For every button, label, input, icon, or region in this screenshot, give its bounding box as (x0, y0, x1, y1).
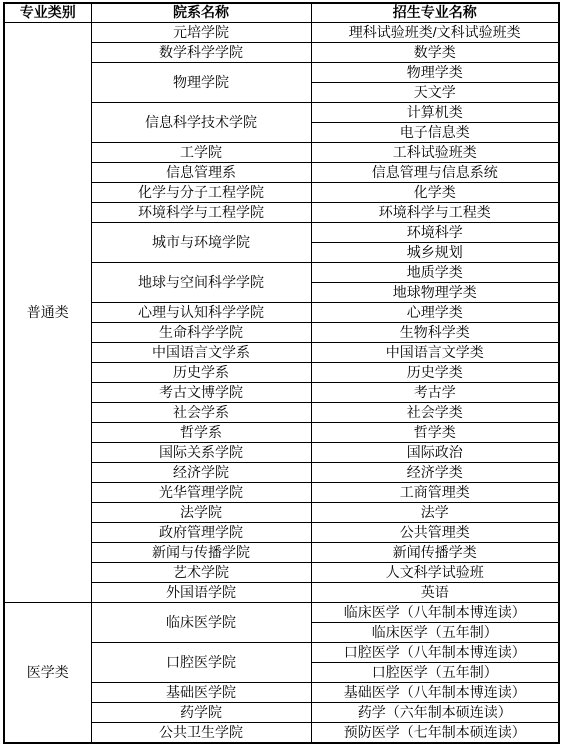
department-cell: 法学院 (91, 503, 311, 523)
major-cell: 药学（六年制本硕连读） (311, 703, 559, 723)
col-header-major: 招生专业名称 (311, 3, 559, 23)
major-cell: 天文学 (311, 83, 559, 103)
major-cell: 社会学类 (311, 403, 559, 423)
col-header-department: 院系名称 (91, 3, 311, 23)
department-cell: 历史学系 (91, 363, 311, 383)
header-row: 专业类别 院系名称 招生专业名称 (4, 3, 559, 23)
department-cell: 信息管理系 (91, 163, 311, 183)
major-cell: 环境科学与工程类 (311, 203, 559, 223)
major-cell: 环境科学 (311, 223, 559, 243)
department-cell: 数学科学学院 (91, 43, 311, 63)
major-cell: 城乡规划 (311, 243, 559, 263)
department-cell: 心理与认知科学学院 (91, 303, 311, 323)
department-cell: 环境科学与工程学院 (91, 203, 311, 223)
col-header-category: 专业类别 (4, 3, 91, 23)
department-cell: 经济学院 (91, 463, 311, 483)
department-cell: 社会学系 (91, 403, 311, 423)
major-cell: 哲学类 (311, 423, 559, 443)
major-cell: 口腔医学（八年制本博连读） (311, 643, 559, 663)
department-cell: 药学院 (91, 703, 311, 723)
major-cell: 法学 (311, 503, 559, 523)
department-cell: 政府管理学院 (91, 523, 311, 543)
department-cell: 口腔医学院 (91, 643, 311, 683)
admissions-table: 专业类别 院系名称 招生专业名称 普通类元培学院理科试验班类/文科试验班类数学科… (3, 2, 560, 744)
major-cell: 电子信息类 (311, 123, 559, 143)
department-cell: 工学院 (91, 143, 311, 163)
department-cell: 临床医学院 (91, 603, 311, 643)
major-cell: 基础医学（八年制本博连读） (311, 683, 559, 703)
category-cell: 普通类 (4, 23, 91, 603)
major-cell: 生物科学类 (311, 323, 559, 343)
table-row: 普通类元培学院理科试验班类/文科试验班类 (4, 23, 559, 43)
department-cell: 基础医学院 (91, 683, 311, 703)
department-cell: 国际关系学院 (91, 443, 311, 463)
major-cell: 心理学类 (311, 303, 559, 323)
major-cell: 中国语言文学类 (311, 343, 559, 363)
department-cell: 生命科学学院 (91, 323, 311, 343)
department-cell: 地球与空间科学学院 (91, 263, 311, 303)
department-cell: 信息科学技术学院 (91, 103, 311, 143)
major-cell: 工科试验班类 (311, 143, 559, 163)
major-cell: 新闻传播学类 (311, 543, 559, 563)
department-cell: 艺术学院 (91, 563, 311, 583)
department-cell: 元培学院 (91, 23, 311, 43)
department-cell: 物理学院 (91, 63, 311, 103)
major-cell: 计算机类 (311, 103, 559, 123)
major-cell: 工商管理类 (311, 483, 559, 503)
page: 专业类别 院系名称 招生专业名称 普通类元培学院理科试验班类/文科试验班类数学科… (0, 0, 562, 741)
department-cell: 外国语学院 (91, 583, 311, 603)
major-cell: 地质学类 (311, 263, 559, 283)
major-cell: 人文科学试验班 (311, 563, 559, 583)
major-cell: 地球物理学类 (311, 283, 559, 303)
table-row: 医学类临床医学院临床医学（八年制本博连读） (4, 603, 559, 623)
department-cell: 城市与环境学院 (91, 223, 311, 263)
department-cell: 光华管理学院 (91, 483, 311, 503)
major-cell: 信息管理与信息系统 (311, 163, 559, 183)
major-cell: 临床医学（五年制） (311, 623, 559, 643)
major-cell: 化学类 (311, 183, 559, 203)
department-cell: 中国语言文学系 (91, 343, 311, 363)
major-cell: 临床医学（八年制本博连读） (311, 603, 559, 623)
major-cell: 数学类 (311, 43, 559, 63)
department-cell: 哲学系 (91, 423, 311, 443)
major-cell: 经济学类 (311, 463, 559, 483)
major-cell: 历史学类 (311, 363, 559, 383)
major-cell: 物理学类 (311, 63, 559, 83)
major-cell: 英语 (311, 583, 559, 603)
department-cell: 公共卫生学院 (91, 723, 311, 744)
department-cell: 化学与分子工程学院 (91, 183, 311, 203)
major-cell: 预防医学（七年制本硕连读） (311, 723, 559, 744)
major-cell: 国际政治 (311, 443, 559, 463)
major-cell: 公共管理类 (311, 523, 559, 543)
department-cell: 考古文博学院 (91, 383, 311, 403)
department-cell: 新闻与传播学院 (91, 543, 311, 563)
major-cell: 理科试验班类/文科试验班类 (311, 23, 559, 43)
category-cell: 医学类 (4, 603, 91, 744)
major-cell: 考古学 (311, 383, 559, 403)
major-cell: 口腔医学（五年制） (311, 663, 559, 683)
